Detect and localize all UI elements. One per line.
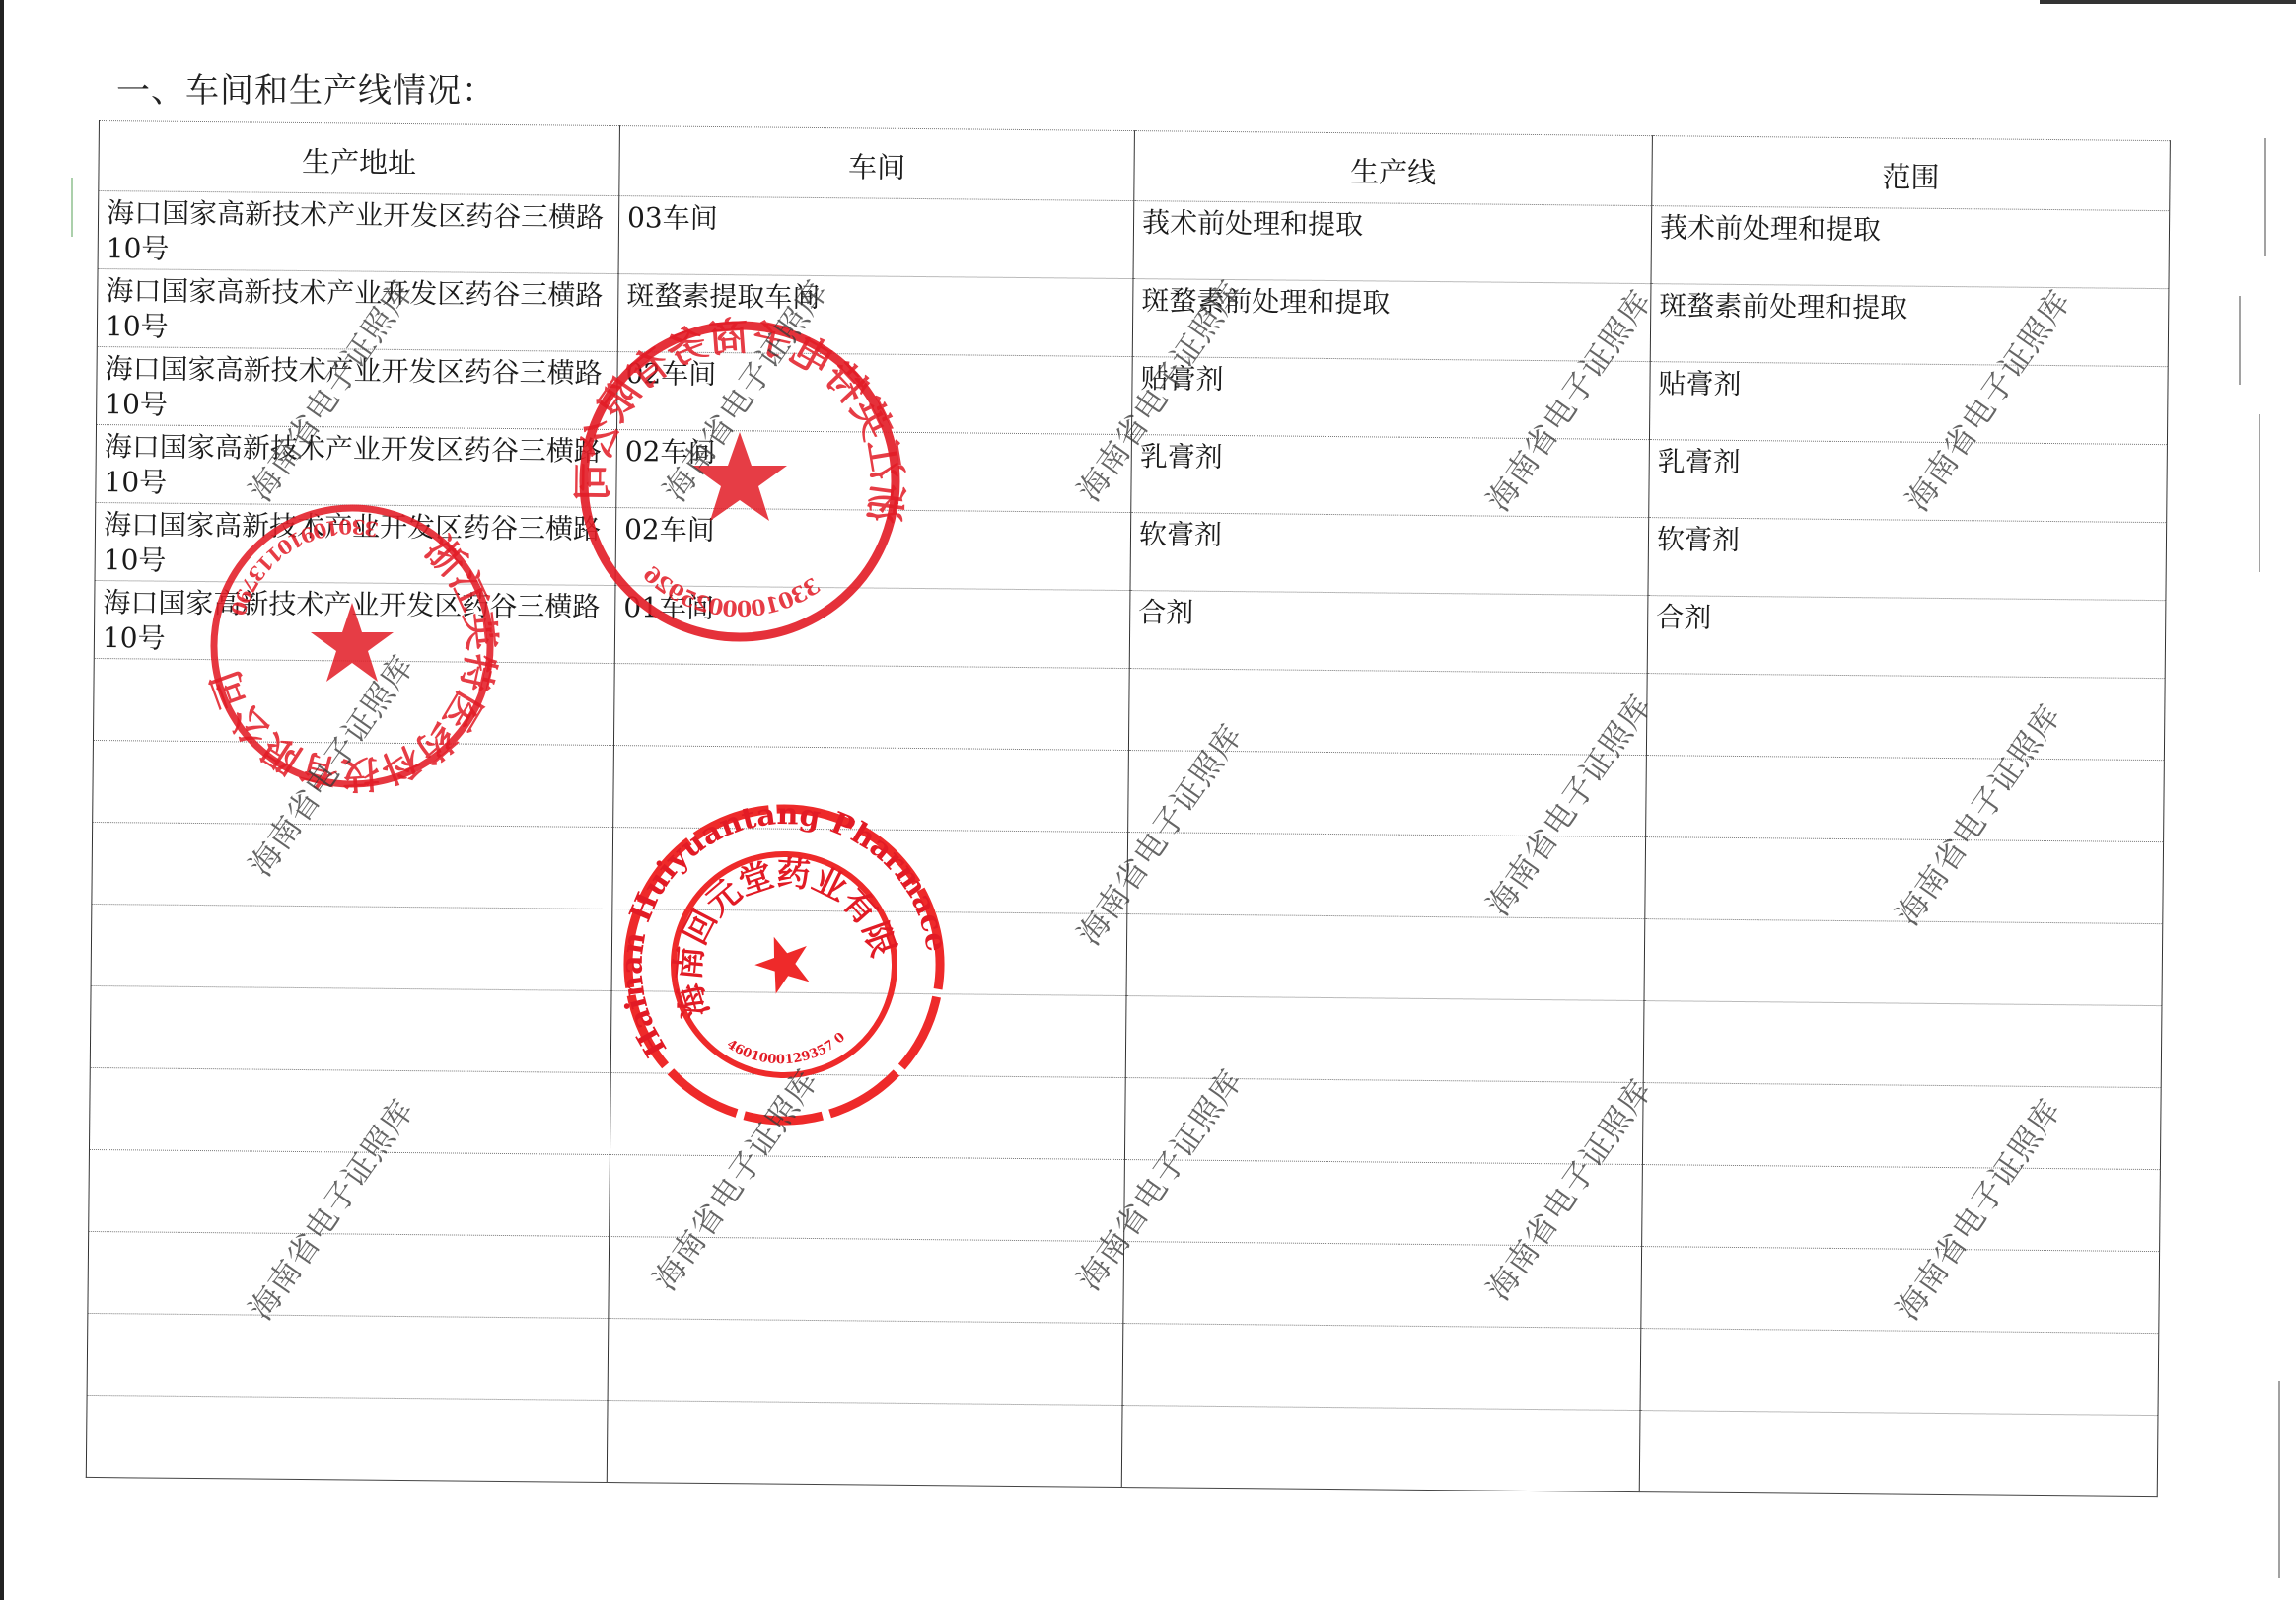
empty-cell: [1127, 833, 1646, 919]
header-address: 生产地址: [99, 121, 620, 196]
scan-noise: [2259, 414, 2260, 572]
header-line: 生产线: [1134, 131, 1653, 206]
cell-address: 海口国家高新技术产业开发区药谷三横路10号: [97, 268, 618, 351]
empty-cell: [91, 904, 612, 990]
empty-cell: [613, 746, 1129, 833]
empty-cell: [1643, 1001, 2162, 1088]
empty-cell: [90, 985, 611, 1072]
cell-scope: 合剂: [1647, 596, 2166, 679]
empty-cell: [1645, 837, 2164, 924]
empty-cell: [612, 828, 1128, 914]
cell-workshop: 斑蝥素提取车间: [617, 274, 1133, 357]
empty-cell: [1123, 1242, 1642, 1329]
cell-scope: 贴膏剂: [1649, 362, 2168, 445]
empty-cell: [610, 991, 1126, 1078]
empty-cell: [89, 1067, 610, 1154]
empty-cell: [89, 1149, 610, 1236]
empty-cell: [1128, 669, 1647, 756]
cell-scope: 斑蝥素前处理和提取: [1650, 284, 2169, 367]
empty-cell: [1122, 1324, 1641, 1411]
empty-cell: [1641, 1247, 2160, 1334]
section-title: 一、车间和生产线情况：: [116, 63, 496, 111]
scan-edge: [0, 0, 4, 1600]
empty-cell: [1124, 1078, 1643, 1165]
cell-address: 海口国家高新技术产业开发区药谷三横路10号: [97, 346, 618, 429]
empty-cell: [1126, 914, 1645, 1001]
cell-workshop: 02车间: [615, 508, 1131, 591]
cell-production-line: 软膏剂: [1130, 513, 1649, 596]
empty-cell: [611, 909, 1127, 996]
cell-workshop: 01车间: [614, 586, 1130, 669]
workshop-table: 生产地址 车间 生产线 范围 海口国家高新技术产业开发区药谷三横路10号03车间…: [86, 120, 2171, 1497]
cell-production-line: 合剂: [1129, 591, 1648, 674]
empty-cell: [93, 740, 614, 827]
empty-cell: [88, 1231, 610, 1318]
scan-noise: [2264, 138, 2266, 256]
cell-production-line: 莪术前处理和提取: [1133, 201, 1652, 284]
empty-cell: [1642, 1165, 2161, 1252]
cell-production-line: 斑蝥素前处理和提取: [1132, 279, 1651, 362]
cell-scope: 莪术前处理和提取: [1651, 206, 2170, 289]
cell-workshop: 03车间: [618, 196, 1134, 279]
scan-noise: [2239, 296, 2241, 385]
scan-noise: [71, 178, 73, 237]
empty-cell: [1125, 996, 1644, 1083]
empty-cell: [609, 1237, 1124, 1324]
empty-cell: [610, 1155, 1125, 1242]
cell-production-line: 贴膏剂: [1131, 357, 1650, 440]
empty-cell: [1639, 1411, 2158, 1497]
scan-edge: [2040, 0, 2296, 4]
empty-cell: [86, 1395, 608, 1482]
empty-cell: [1646, 756, 2165, 842]
empty-cell: [92, 822, 613, 909]
scan-noise: [2278, 1381, 2280, 1578]
cell-address: 海口国家高新技术产业开发区药谷三横路10号: [98, 191, 619, 274]
cell-workshop: 02车间: [616, 430, 1132, 513]
cell-scope: 乳膏剂: [1649, 440, 2168, 523]
empty-cell: [93, 658, 614, 745]
empty-cell: [607, 1401, 1122, 1488]
empty-cell: [1640, 1329, 2159, 1416]
empty-cell: [1644, 919, 2163, 1006]
cell-production-line: 乳膏剂: [1131, 435, 1650, 518]
cell-address: 海口国家高新技术产业开发区药谷三横路10号: [96, 424, 617, 507]
cell-address: 海口国家高新技术产业开发区药谷三横路10号: [94, 580, 615, 663]
workshop-table-container: 生产地址 车间 生产线 范围 海口国家高新技术产业开发区药谷三横路10号03车间…: [86, 120, 2189, 1521]
header-workshop: 车间: [619, 126, 1135, 201]
empty-cell: [1642, 1083, 2161, 1170]
cell-workshop: 02车间: [617, 352, 1133, 435]
empty-cell: [608, 1319, 1123, 1406]
empty-cell: [1128, 751, 1647, 837]
empty-cell: [87, 1313, 609, 1400]
empty-cell: [1121, 1406, 1640, 1492]
cell-scope: 软膏剂: [1648, 518, 2167, 601]
header-scope: 范围: [1652, 136, 2171, 211]
empty-cell: [610, 1073, 1125, 1160]
empty-cell: [613, 664, 1129, 751]
empty-cell: [1124, 1160, 1643, 1247]
cell-address: 海口国家高新技术产业开发区药谷三横路10号: [95, 502, 616, 585]
empty-cell: [1646, 674, 2165, 761]
